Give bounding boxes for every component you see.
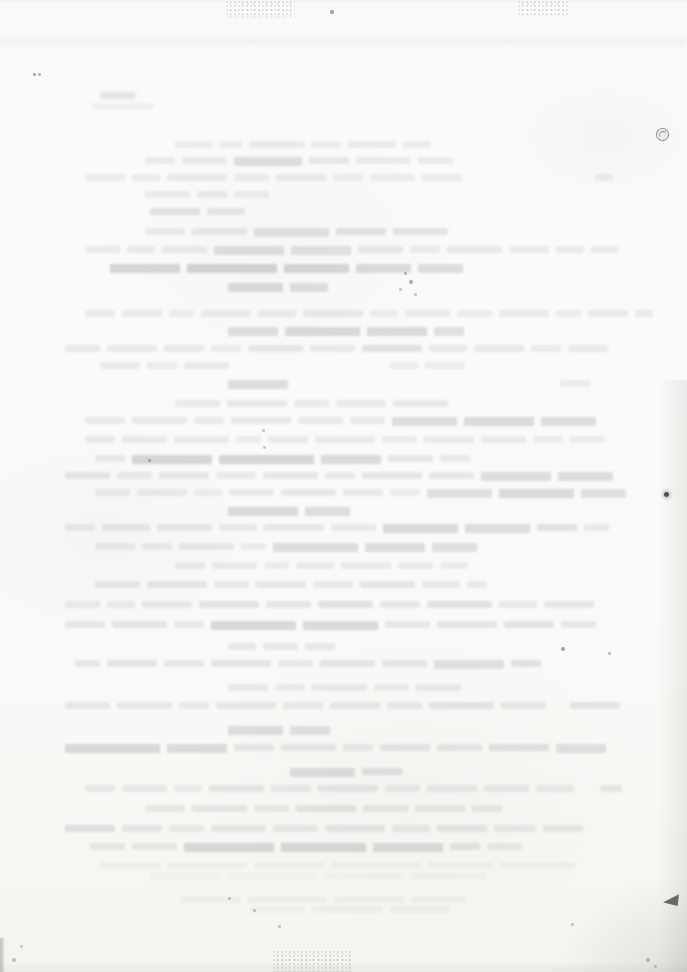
ghost-word — [137, 489, 187, 496]
ghost-word — [228, 507, 298, 516]
ghost-word — [179, 702, 209, 709]
ghost-word — [209, 785, 264, 792]
ghost-word — [509, 246, 549, 253]
ghost-word — [174, 436, 229, 443]
ghost-word — [132, 417, 187, 424]
ghost-word — [382, 660, 427, 667]
ghost-word — [263, 472, 318, 479]
ghost-word — [249, 141, 304, 148]
ghost-word — [290, 283, 328, 292]
ghost-word — [264, 524, 324, 531]
ghost-word — [266, 601, 311, 608]
ghost-word — [543, 825, 583, 832]
ghost-word — [296, 562, 334, 569]
ghost-word — [278, 660, 313, 667]
scan-corner-vignette — [557, 877, 687, 972]
dust-speck — [409, 280, 413, 284]
ghost-word — [385, 621, 430, 628]
ghost-word — [296, 805, 356, 812]
ghost-word — [117, 702, 172, 709]
ghost-word — [584, 524, 609, 531]
ghost-word — [281, 744, 336, 751]
ghost-word — [331, 862, 421, 869]
ghost-word — [437, 825, 487, 832]
ghost-word — [167, 174, 227, 181]
ghost-word — [248, 345, 303, 352]
grain-smudge — [225, 0, 295, 18]
ghost-word — [556, 310, 581, 317]
ghost-text-line — [145, 191, 269, 198]
ghost-word — [309, 157, 349, 164]
ghost-word — [499, 489, 574, 498]
ghost-word — [65, 601, 100, 608]
ghost-word — [294, 400, 329, 407]
scanned-page — [0, 0, 687, 972]
ghost-word — [331, 524, 376, 531]
ghost-text-line — [228, 643, 335, 650]
ghost-word — [211, 621, 296, 630]
ghost-word — [112, 621, 167, 628]
ghost-word — [212, 562, 257, 569]
ghost-text-line — [180, 896, 466, 903]
ghost-word — [489, 744, 549, 751]
ghost-word — [635, 310, 653, 317]
ghost-word — [65, 472, 110, 479]
ghost-word — [65, 524, 95, 531]
ghost-word — [318, 785, 378, 792]
ghost-word — [147, 362, 177, 369]
ghost-word — [234, 174, 269, 181]
dust-speck — [228, 897, 231, 900]
ghost-word — [467, 581, 487, 588]
ghost-word — [365, 543, 425, 552]
ghost-word — [254, 805, 289, 812]
ghost-word — [501, 702, 546, 709]
ghost-word — [256, 581, 306, 588]
ghost-word — [380, 601, 420, 608]
dust-speck — [330, 10, 334, 14]
ghost-word — [321, 455, 381, 464]
ghost-text-line — [85, 246, 619, 255]
ghost-word — [429, 702, 494, 709]
ghost-word — [424, 436, 474, 443]
ghost-text-line — [100, 362, 229, 369]
ghost-word — [348, 141, 396, 148]
ghost-word — [132, 174, 160, 181]
ghost-text-line — [175, 400, 448, 407]
ghost-word — [341, 562, 391, 569]
ghost-text-line — [100, 862, 575, 869]
ghost-word — [276, 174, 326, 181]
ghost-text-line — [85, 417, 596, 426]
dust-speck — [608, 652, 611, 655]
ghost-word — [387, 702, 422, 709]
ghost-word — [499, 310, 549, 317]
ghost-word — [174, 785, 202, 792]
ghost-word — [531, 345, 561, 352]
ghost-word — [159, 472, 209, 479]
ghost-word — [281, 843, 366, 852]
ghost-word — [411, 896, 466, 903]
ghost-word — [145, 157, 175, 164]
ghost-word — [241, 543, 266, 550]
ghost-text-line — [65, 524, 609, 533]
ghost-word — [211, 345, 241, 352]
ghost-text-line — [560, 380, 590, 387]
dust-speck — [148, 459, 151, 462]
ghost-word — [422, 581, 460, 588]
scan-edge-shading-bottom — [0, 962, 687, 972]
ghost-word — [150, 208, 200, 215]
ghost-word — [169, 825, 204, 832]
swirl-mark — [656, 128, 669, 141]
ghost-word — [320, 660, 375, 667]
ghost-word — [305, 643, 335, 650]
ghost-word — [440, 455, 470, 462]
ghost-word — [362, 345, 422, 352]
ghost-word — [227, 873, 317, 880]
ghost-word — [194, 489, 222, 496]
ghost-word — [234, 744, 274, 751]
ghost-word — [179, 543, 234, 550]
ghost-word — [450, 843, 480, 850]
ghost-word — [472, 805, 502, 812]
ghost-word — [234, 157, 302, 166]
ghost-word — [484, 785, 529, 792]
ghost-word — [228, 726, 283, 735]
ghost-word — [591, 246, 619, 253]
ghost-word — [481, 472, 551, 481]
ghost-word — [229, 489, 274, 496]
ghost-word — [142, 543, 172, 550]
ghost-word — [147, 581, 207, 588]
ghost-word — [145, 191, 190, 198]
ink-blob — [92, 103, 154, 109]
ghost-word — [393, 400, 448, 407]
ghost-word — [285, 327, 360, 336]
dust-speck — [262, 429, 265, 432]
ghost-word — [164, 660, 204, 667]
ink-blob — [100, 92, 136, 99]
dust-speck — [404, 272, 407, 275]
ghost-text-line — [75, 660, 541, 669]
ghost-word — [216, 472, 256, 479]
ghost-word — [541, 417, 596, 426]
ghost-word — [392, 825, 430, 832]
ghost-word — [481, 436, 526, 443]
ghost-word — [157, 524, 212, 531]
ghost-word — [90, 843, 125, 850]
ghost-word — [427, 489, 492, 498]
ghost-word — [385, 785, 420, 792]
ghost-text-line — [65, 621, 596, 630]
ghost-word — [175, 562, 205, 569]
ghost-word — [184, 362, 229, 369]
ghost-text-line — [390, 362, 465, 369]
ghost-word — [500, 862, 575, 869]
ghost-word — [595, 174, 613, 181]
dust-speck — [414, 293, 417, 296]
ghost-word — [194, 417, 224, 424]
ghost-word — [169, 310, 194, 317]
ghost-word — [207, 208, 245, 215]
ghost-word — [85, 436, 115, 443]
ghost-word — [174, 621, 204, 628]
ghost-word — [318, 601, 373, 608]
ghost-word — [102, 524, 150, 531]
ghost-word — [219, 455, 314, 464]
ghost-word — [228, 684, 268, 691]
ghost-text-line — [145, 805, 502, 812]
ghost-word — [228, 380, 288, 389]
ghost-word — [356, 264, 411, 273]
ghost-word — [211, 825, 266, 832]
ghost-word — [428, 862, 493, 869]
ghost-word — [290, 768, 355, 777]
ghost-word — [85, 785, 115, 792]
ghost-word — [216, 702, 276, 709]
ghost-word — [231, 417, 291, 424]
ghost-word — [544, 601, 594, 608]
ghost-word — [65, 621, 105, 628]
ghost-word — [447, 246, 502, 253]
ghost-word — [228, 643, 256, 650]
ghost-word — [464, 417, 534, 426]
ghost-word — [358, 246, 403, 253]
grain-smudge — [517, 0, 569, 16]
ghost-word — [350, 417, 385, 424]
ghost-word — [418, 264, 463, 273]
ghost-word — [311, 141, 341, 148]
ghost-word — [383, 524, 458, 533]
ghost-word — [264, 562, 289, 569]
ghost-word — [556, 744, 606, 753]
ghost-word — [142, 601, 192, 608]
ghost-word — [117, 472, 152, 479]
dust-speck — [33, 73, 36, 76]
ghost-word — [425, 362, 465, 369]
ghost-word — [312, 684, 367, 691]
ghost-word — [164, 345, 204, 352]
ghost-word — [180, 896, 240, 903]
ghost-word — [465, 524, 530, 533]
ghost-word — [175, 400, 220, 407]
ghost-text-line — [85, 310, 653, 317]
ghost-word — [271, 785, 311, 792]
ghost-word — [263, 643, 298, 650]
ghost-text-line — [110, 264, 463, 273]
ghost-text-line — [150, 208, 245, 215]
ghost-word — [360, 581, 415, 588]
ghost-word — [390, 489, 420, 496]
ghost-word — [422, 174, 462, 181]
ghost-word — [65, 345, 100, 352]
ghost-word — [388, 455, 433, 462]
ghost-text-line — [85, 174, 462, 181]
ghost-word — [411, 873, 486, 880]
ghost-word — [228, 327, 278, 336]
ghost-word — [434, 660, 504, 669]
ghost-word — [312, 906, 382, 913]
ghost-word — [85, 417, 125, 424]
ghost-text-line — [145, 157, 453, 166]
ghost-word — [432, 543, 477, 552]
ghost-word — [291, 246, 351, 255]
ghost-text-line — [600, 785, 622, 792]
ghost-word — [290, 726, 330, 735]
ghost-word — [410, 246, 440, 253]
ghost-word — [211, 660, 271, 667]
ghost-word — [197, 191, 227, 198]
scan-edge-shading-top — [0, 0, 687, 4]
ghost-word — [362, 768, 402, 775]
ghost-word — [247, 896, 327, 903]
ghost-word — [334, 896, 404, 903]
ghost-text-line — [85, 785, 574, 792]
ghost-word — [343, 489, 383, 496]
ghost-word — [182, 157, 227, 164]
ghost-word — [390, 362, 418, 369]
ghost-word — [556, 246, 584, 253]
ghost-word — [254, 862, 324, 869]
ghost-word — [336, 400, 386, 407]
ghost-word — [437, 621, 497, 628]
ghost-text-line — [85, 436, 605, 443]
ghost-word — [227, 400, 287, 407]
ghost-word — [107, 601, 135, 608]
ghost-word — [382, 436, 417, 443]
ghost-word — [122, 825, 162, 832]
ghost-word — [214, 581, 249, 588]
ghost-word — [416, 684, 461, 691]
ghost-word — [374, 684, 409, 691]
ghost-word — [236, 436, 261, 443]
ghost-word — [440, 562, 468, 569]
ghost-text-line — [65, 744, 606, 753]
ghost-word — [324, 873, 404, 880]
ghost-word — [184, 843, 274, 852]
ghost-text-line — [150, 873, 486, 880]
ghost-word — [100, 362, 140, 369]
ghost-word — [192, 805, 247, 812]
ghost-word — [370, 174, 415, 181]
dust-speck — [278, 925, 281, 928]
ghost-word — [214, 246, 284, 255]
ghost-word — [393, 228, 448, 235]
dust-speck — [253, 909, 256, 912]
ghost-word — [405, 310, 450, 317]
ghost-word — [558, 472, 613, 481]
ghost-word — [281, 489, 336, 496]
ghost-word — [494, 825, 536, 832]
ghost-word — [220, 141, 242, 148]
ghost-word — [389, 906, 449, 913]
ghost-word — [95, 543, 135, 550]
ghost-word — [132, 843, 177, 850]
ghost-word — [283, 702, 323, 709]
ghost-word — [273, 543, 358, 552]
ghost-word — [95, 581, 140, 588]
ghost-word — [398, 562, 433, 569]
ghost-word — [561, 621, 596, 628]
ghost-word — [85, 174, 125, 181]
ghost-word — [370, 310, 398, 317]
ghost-text-line — [228, 726, 330, 735]
ghost-text-line — [65, 472, 613, 481]
ghost-word — [150, 873, 220, 880]
ghost-word — [127, 246, 155, 253]
dust-speck — [20, 945, 23, 948]
ghost-word — [568, 345, 608, 352]
ghost-word — [415, 805, 465, 812]
ghost-word — [310, 345, 355, 352]
ghost-word — [100, 862, 160, 869]
ghost-word — [343, 744, 373, 751]
ghost-word — [511, 660, 541, 667]
ghost-word — [313, 581, 353, 588]
ghost-text-line — [95, 489, 626, 498]
ghost-text-line — [65, 702, 546, 709]
ghost-text-line — [95, 581, 487, 588]
ghost-word — [110, 264, 180, 273]
ghost-word — [65, 744, 160, 753]
ghost-text-line — [175, 562, 468, 569]
ghost-text-line — [145, 228, 448, 237]
ghost-word — [107, 345, 157, 352]
ghost-word — [303, 621, 378, 630]
ghost-word — [162, 246, 207, 253]
ghost-word — [487, 843, 522, 850]
ghost-word — [333, 174, 363, 181]
ghost-word — [145, 805, 185, 812]
ghost-text-line — [95, 455, 470, 464]
ghost-word — [107, 660, 157, 667]
ghost-word — [167, 862, 247, 869]
scan-streak — [0, 38, 687, 45]
ghost-word — [367, 327, 427, 336]
ghost-word — [429, 345, 467, 352]
ghost-word — [250, 906, 305, 913]
ghost-text-line — [65, 825, 583, 832]
ghost-text-line — [595, 174, 613, 181]
ghost-text-line — [228, 507, 350, 516]
ghost-word — [95, 455, 125, 462]
ghost-word — [600, 785, 622, 792]
ghost-text-line — [228, 327, 464, 336]
ghost-word — [199, 601, 259, 608]
dust-speck — [561, 647, 565, 651]
ghost-word — [75, 660, 100, 667]
ghost-word — [570, 436, 605, 443]
ghost-word — [85, 246, 120, 253]
ghost-word — [434, 327, 464, 336]
ghost-word — [132, 455, 212, 464]
ghost-word — [273, 825, 318, 832]
ghost-word — [85, 310, 115, 317]
ghost-word — [330, 702, 380, 709]
ghost-word — [315, 436, 375, 443]
ghost-word — [533, 436, 563, 443]
ghost-word — [298, 417, 343, 424]
dust-speck — [38, 73, 41, 76]
ghost-word — [336, 228, 386, 235]
ghost-word — [167, 744, 227, 753]
ghost-word — [588, 310, 628, 317]
ghost-word — [363, 805, 408, 812]
ghost-word — [122, 785, 167, 792]
ghost-text-line — [90, 843, 522, 852]
ghost-word — [504, 621, 554, 628]
